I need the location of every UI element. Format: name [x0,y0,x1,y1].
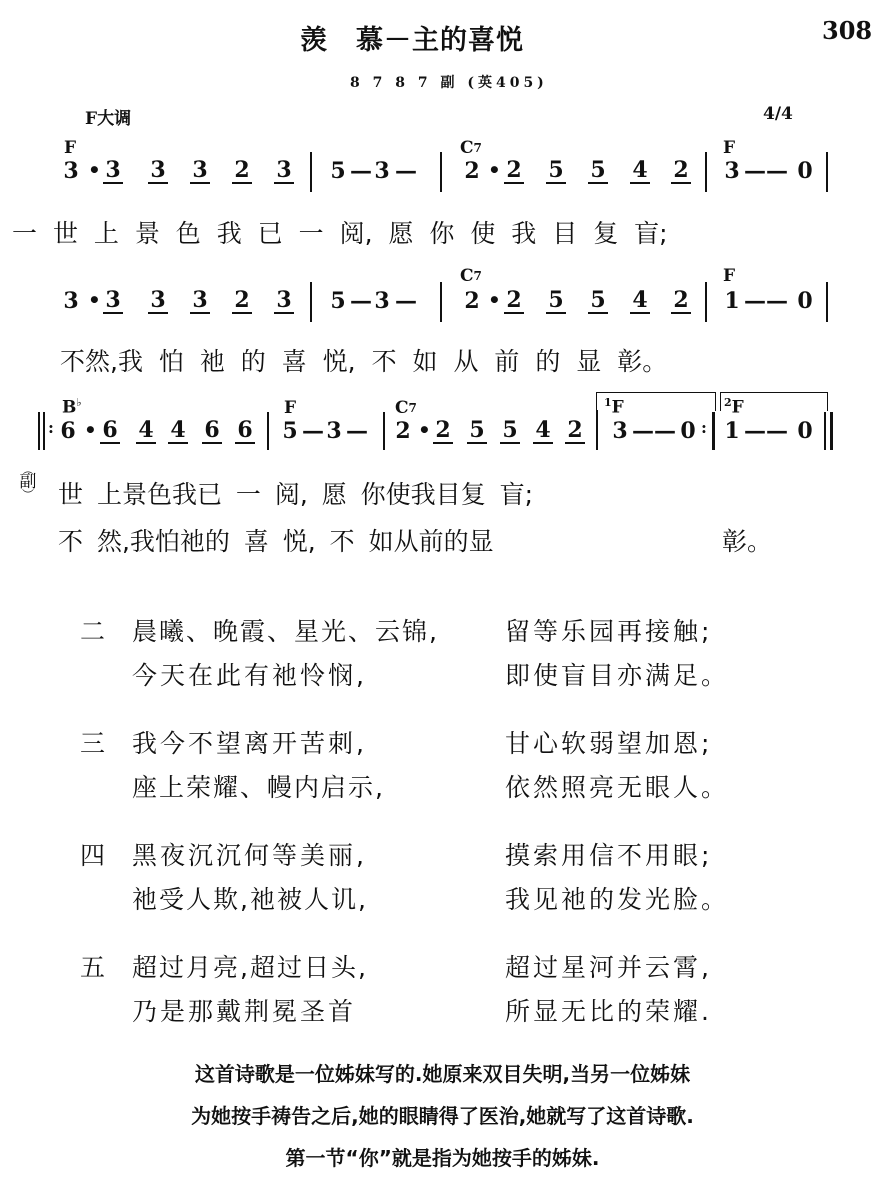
dot: • [418,418,431,442]
note: 2 [565,418,585,444]
hymn-title: 羡 慕－主的喜悦 [300,18,524,57]
barline [267,412,269,450]
lyrics-line: 不然,我 怕 祂 的 喜 悦, 不 如 从 前 的 显 彰。 [60,342,667,378]
note: 2 [504,288,524,314]
chord: F [723,138,735,158]
note: 3 [372,288,392,314]
note: 3 [190,288,210,314]
note: — [766,158,786,184]
note: — [744,158,764,184]
lyrics-line: 一 世 上 景 色 我 已 一 阅, 愿 你 使 我 目 复 盲; [12,214,668,250]
hymn-number: 308 [822,16,872,45]
note: 3 [722,158,742,184]
verse-text: 乃是那戴荆冕圣首 [132,992,356,1028]
note: — [395,288,415,314]
note: 5 [467,418,487,444]
verse-text: 黑夜沉沉何等美丽, [132,836,367,872]
repeat-dots: : [48,418,54,437]
note: — [766,288,786,314]
note: 4 [630,158,650,184]
repeat-end-dots: : [701,418,707,437]
barline [596,410,598,450]
verse-text: 甘心软弱望加恩; [505,724,712,760]
dot: • [84,418,97,442]
verse-text: 摸索用信不用眼; [505,836,712,872]
verse-text: 依然照亮无眼人。 [505,768,729,804]
chord: F [64,138,76,158]
chord: B♭ [62,396,82,418]
barline [826,282,828,322]
verse-text: 今天在此有祂怜悯, [132,656,367,692]
final-barline-thick [830,412,833,450]
barline [705,152,707,192]
note: 2 [462,288,482,314]
note: 2 [462,158,482,184]
verse-number: 二 [80,612,105,648]
note: 5 [588,158,608,184]
note: 2 [232,288,252,314]
note: — [346,418,366,444]
note: — [350,158,370,184]
verse-text: 即使盲目亦满足。 [505,656,729,692]
note: 3 [148,158,168,184]
note: — [744,288,764,314]
note: 3 [61,158,81,184]
chord: F [284,398,296,418]
note: — [744,418,764,444]
note: 5 [328,158,348,184]
chord: C7 [395,398,417,418]
repeat-end-thick [712,412,715,450]
repeat-start-thick [38,412,40,450]
note: 5 [328,288,348,314]
dot: • [88,288,101,312]
time-signature: 4/4 [763,104,793,124]
verse-text: 留等乐园再接触; [505,612,712,648]
refrain-lyrics-line-2b: 彰。 [722,522,772,558]
verse-text: 超过星河并云霄, [505,948,712,984]
refrain-lyrics-line-2a: 不 然,我怕祂的 喜 悦, 不 如从前的显 [58,522,494,558]
note: 2 [232,158,252,184]
note: 3 [103,158,123,184]
note: 2 [433,418,453,444]
note: 3 [274,288,294,314]
note: 6 [100,418,120,444]
note: 2 [671,158,691,184]
note: — [654,418,674,444]
note: 4 [136,418,156,444]
footnote-line-2: 为她按手祷告之后,她的眼睛得了医治,她就写了这首诗歌. [0,1100,885,1129]
note: 5 [280,418,300,444]
note: 3 [61,288,81,314]
refrain-lyrics-line-1: 世 上景色我已 一 阅, 愿 你使我目复 盲; [58,475,533,511]
verse-text: 祂受人欺,祂被人讥, [132,880,368,916]
dot: • [88,158,101,182]
verse-number: 四 [80,836,105,872]
verse-text: 晨曦、晚霞、星光、云锦, [132,612,439,648]
note: 1 [722,418,742,444]
note: — [395,158,415,184]
note: 3 [148,288,168,314]
barline [383,412,385,450]
note: — [766,418,786,444]
note: 0 [678,418,698,444]
verse-text: 我今不望离开苦刺, [132,724,367,760]
note: 3 [190,158,210,184]
note: — [632,418,652,444]
note: 6 [235,418,255,444]
verse-text: 超过月亮,超过日头, [132,948,368,984]
note: 5 [546,158,566,184]
note: 3 [274,158,294,184]
barline [705,282,707,322]
note: 0 [795,158,815,184]
note: 1 [722,288,742,314]
verse-text: 座上荣耀、幔内启示, [132,768,385,804]
verse-number: 五 [80,948,105,984]
note: 4 [630,288,650,314]
key-signature: F大调 [85,104,131,129]
note: 0 [795,288,815,314]
note: 2 [393,418,413,444]
meter-info: 8 7 8 7 副 (英405) [350,72,548,92]
refrain-label: ︵ 副 ︶ [18,466,38,499]
barline [440,282,442,322]
note: 3 [103,288,123,314]
chord-second-ending: 2F [724,396,744,418]
title-main: 羡 慕 [300,25,384,56]
chord: F [723,266,735,286]
title-sub: －主的喜悦 [384,25,524,56]
footnote-line-3: 第一节“你”就是指为她按手的姊妹. [0,1142,885,1171]
note: — [350,288,370,314]
note: 2 [504,158,524,184]
note: 6 [58,418,78,444]
note: 2 [671,288,691,314]
note: 3 [324,418,344,444]
chord: C7 [460,266,482,286]
note: 5 [500,418,520,444]
note: 3 [372,158,392,184]
barline [826,152,828,192]
verse-number: 三 [80,724,105,760]
note: 3 [610,418,630,444]
final-barline-thin [824,412,826,450]
barline [310,282,312,322]
note: — [302,418,322,444]
footnote-line-1: 这首诗歌是一位姊妹写的.她原来双目失明,当另一位姊妹 [0,1058,885,1087]
note: 6 [202,418,222,444]
barline [440,152,442,192]
note: 0 [795,418,815,444]
dot: • [488,288,501,312]
verse-text: 所显无比的荣耀. [505,992,712,1028]
repeat-start-thin [43,412,45,450]
chord: C7 [460,138,482,158]
note: 5 [546,288,566,314]
note: 5 [588,288,608,314]
note: 4 [533,418,553,444]
chord-first-ending: 1F [604,396,624,418]
verse-text: 我见祂的发光脸。 [505,880,729,916]
note: 4 [168,418,188,444]
barline [310,152,312,192]
dot: • [488,158,501,182]
